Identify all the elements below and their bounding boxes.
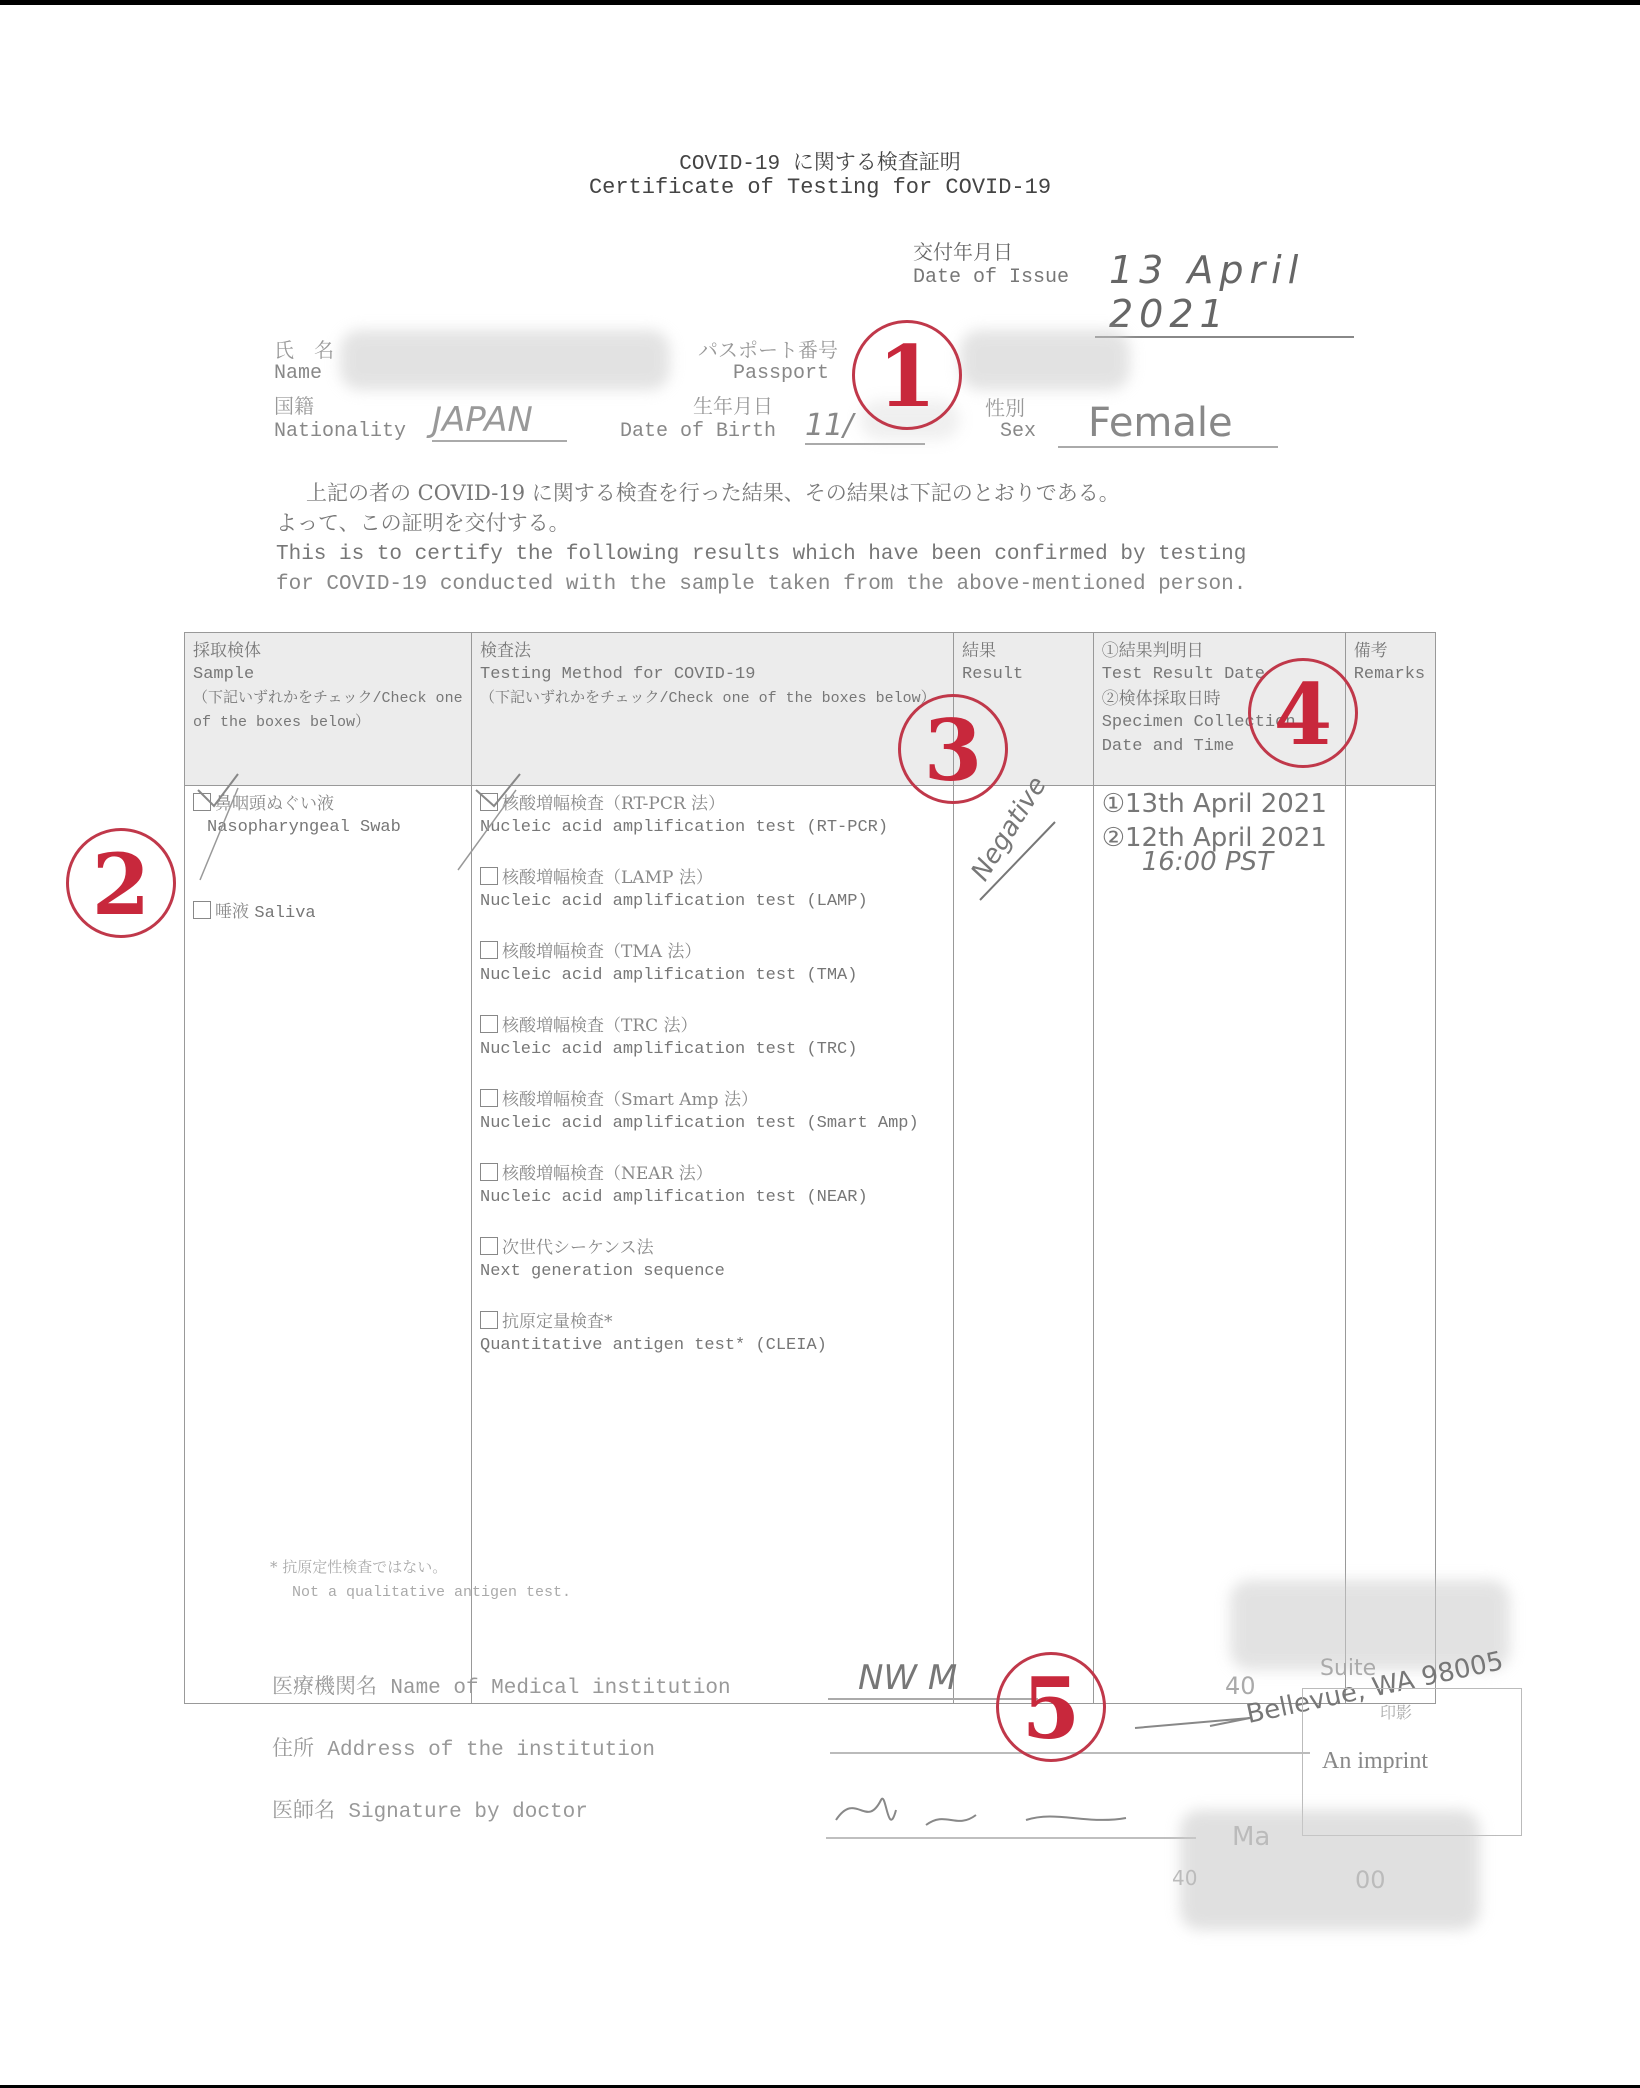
seal-imprint-text: An imprint bbox=[1322, 1748, 1428, 1775]
annotation-marker-2: 2 bbox=[66, 828, 176, 938]
header-remarks-en: Remarks bbox=[1354, 663, 1427, 687]
arrow-stroke bbox=[1130, 1706, 1270, 1736]
passport-label-en: Passport bbox=[733, 362, 829, 385]
institution-name-label: 医療機関名 Name of Medical institution bbox=[272, 1670, 731, 1700]
doctor-signature bbox=[826, 1780, 1206, 1850]
checkmark-strokes bbox=[180, 770, 800, 890]
method-jp: 抗原定量検査* bbox=[502, 1312, 613, 1332]
annotation-marker-1: 1 bbox=[852, 320, 962, 430]
nationality-label-en: Nationality bbox=[274, 420, 406, 443]
header-remarks: 備考 Remarks bbox=[1345, 633, 1435, 786]
header-method-note: （下記いずれかをチェック/Check one of the boxes belo… bbox=[480, 687, 945, 711]
footnote-jp: * 抗原定性検査ではない。 bbox=[270, 1556, 447, 1577]
institution-address-label-jp: 住所 bbox=[272, 1736, 314, 1760]
method-jp: 核酸増幅検査（TRC 法） bbox=[502, 1016, 698, 1036]
name-label-jp: 氏 名 bbox=[274, 334, 334, 363]
method-en: Nucleic acid amplification test (LAMP) bbox=[480, 890, 945, 914]
footnote-en: Not a qualitative antigen test. bbox=[292, 1584, 571, 1601]
method-option-tma[interactable]: 核酸増幅検査（TMA 法）Nucleic acid amplification … bbox=[480, 940, 945, 988]
method-jp: 核酸増幅検査（TMA 法） bbox=[502, 942, 701, 962]
institution-name-label-en: Name of Medical institution bbox=[390, 1677, 730, 1700]
stamp-fragment-1: 40 bbox=[1225, 1672, 1256, 1700]
annotation-marker-4: 4 bbox=[1248, 658, 1358, 768]
method-en: Quantitative antigen test* (CLEIA) bbox=[480, 1334, 945, 1358]
sex-label-en: Sex bbox=[1000, 420, 1036, 443]
method-cell: 核酸増幅検査（RT-PCR 法）Nucleic acid amplificati… bbox=[472, 786, 954, 1704]
method-en: Nucleic acid amplification test (Smart A… bbox=[480, 1112, 945, 1136]
doctor-signature-label-en: Signature by doctor bbox=[348, 1801, 587, 1824]
statement-jp-line2: よって、この証明を交付する。 bbox=[276, 508, 1356, 538]
title-english: Certificate of Testing for COVID-19 bbox=[0, 175, 1640, 200]
header-result-en: Result bbox=[962, 663, 1085, 687]
method-jp: 核酸増幅検査（Smart Amp 法） bbox=[502, 1090, 758, 1110]
sample-saliva-jp: 唾液 bbox=[215, 902, 249, 922]
sample-option-saliva[interactable]: 唾液 Saliva bbox=[193, 900, 463, 926]
dob-label-en: Date of Birth bbox=[620, 420, 776, 443]
result-cell: Negative bbox=[954, 786, 1094, 1704]
issue-date-value: 13 April 2021 bbox=[1095, 248, 1354, 338]
method-option-near[interactable]: 核酸増幅検査（NEAR 法）Nucleic acid amplification… bbox=[480, 1162, 945, 1210]
sample-saliva-en: Saliva bbox=[254, 904, 315, 923]
result-strikethrough bbox=[970, 810, 1070, 910]
dob-label-jp: 生年月日 bbox=[693, 390, 773, 419]
passport-redaction bbox=[960, 330, 1130, 390]
institution-address-label: 住所 Address of the institution bbox=[272, 1732, 655, 1762]
method-option-ngs[interactable]: 次世代シーケンス法Next generation sequence bbox=[480, 1236, 945, 1284]
nationality-label-jp: 国籍 bbox=[274, 390, 314, 419]
checkbox-empty-icon[interactable] bbox=[480, 1311, 498, 1329]
result-date-value: ①13th April 2021 bbox=[1102, 792, 1337, 816]
sex-label-jp: 性別 bbox=[985, 392, 1025, 421]
nationality-value: JAPAN bbox=[432, 400, 567, 442]
method-en: Nucleic acid amplification test (NEAR) bbox=[480, 1186, 945, 1210]
statement-en-line2: for COVID-19 conducted with the sample t… bbox=[276, 570, 1356, 600]
doctor-signature-label-jp: 医師名 bbox=[272, 1798, 335, 1822]
checkbox-empty-icon[interactable] bbox=[480, 1237, 498, 1255]
method-en: Next generation sequence bbox=[480, 1260, 945, 1284]
statement-en-line1: This is to certify the following results… bbox=[276, 540, 1356, 570]
method-option-trc[interactable]: 核酸増幅検査（TRC 法）Nucleic acid amplification … bbox=[480, 1014, 945, 1062]
checkbox-empty-icon[interactable] bbox=[480, 1089, 498, 1107]
stamp-fragment-3: Ma bbox=[1232, 1822, 1270, 1852]
method-option-smartamp[interactable]: 核酸増幅検査（Smart Amp 法）Nucleic acid amplific… bbox=[480, 1088, 945, 1136]
stamp-redaction-bottom bbox=[1180, 1810, 1480, 1930]
method-option-antigen[interactable]: 抗原定量検査*Quantitative antigen test* (CLEIA… bbox=[480, 1310, 945, 1358]
checkbox-empty-icon[interactable] bbox=[480, 1163, 498, 1181]
annotation-marker-5: 5 bbox=[996, 1652, 1106, 1762]
doctor-signature-label: 医師名 Signature by doctor bbox=[272, 1794, 588, 1824]
header-result-jp: 結果 bbox=[962, 639, 1085, 663]
dates-cell: ①13th April 2021 ②12th April 2021 16:00 … bbox=[1093, 786, 1345, 1704]
issue-date-label-jp: 交付年月日 bbox=[913, 236, 1013, 265]
seal-label: 印影 bbox=[1380, 1700, 1412, 1723]
annotation-marker-3: 3 bbox=[898, 694, 1008, 804]
name-label-en: Name bbox=[274, 362, 322, 385]
checkbox-empty-icon[interactable] bbox=[480, 941, 498, 959]
header-sample: 採取検体 Sample （下記いずれかをチェック/Check one of th… bbox=[185, 633, 472, 786]
stamp-fragment-4: 40 bbox=[1172, 1866, 1197, 1890]
statement-jp-line1-text: 上記の者の COVID-19 に関する検査を行った結果、その結果は下記のとおりで… bbox=[276, 481, 1120, 505]
statement-jp-line1: 上記の者の COVID-19 に関する検査を行った結果、その結果は下記のとおりで… bbox=[276, 478, 1356, 508]
method-jp: 核酸増幅検査（NEAR 法） bbox=[502, 1164, 713, 1184]
checkbox-empty-icon[interactable] bbox=[480, 1015, 498, 1033]
header-sample-jp: 採取検体 bbox=[193, 639, 463, 663]
header-remarks-jp: 備考 bbox=[1354, 639, 1427, 663]
header-method-en: Testing Method for COVID-19 bbox=[480, 663, 945, 687]
remarks-cell bbox=[1345, 786, 1435, 1704]
method-en: Nucleic acid amplification test (TRC) bbox=[480, 1038, 945, 1062]
passport-label-jp: パスポート番号 bbox=[698, 334, 838, 363]
header-sample-en: Sample bbox=[193, 663, 463, 687]
sex-value: Female bbox=[1058, 400, 1278, 448]
name-redaction bbox=[340, 330, 670, 390]
top-black-bar bbox=[0, 0, 1640, 5]
collection-time-value: 16:00 PST bbox=[1102, 850, 1337, 874]
header-sample-note: （下記いずれかをチェック/Check one of the boxes belo… bbox=[193, 687, 463, 735]
institution-name-label-jp: 医療機関名 bbox=[272, 1674, 377, 1698]
issue-date-label-en: Date of Issue bbox=[913, 266, 1069, 289]
header-method-jp: 検査法 bbox=[480, 639, 945, 663]
checkbox-empty-icon[interactable] bbox=[193, 901, 211, 919]
method-jp: 次世代シーケンス法 bbox=[502, 1238, 654, 1258]
title-japanese: COVID-19 に関する検査証明 bbox=[0, 146, 1640, 176]
method-en: Nucleic acid amplification test (TMA) bbox=[480, 964, 945, 988]
institution-address-label-en: Address of the institution bbox=[327, 1739, 655, 1762]
header-method: 検査法 Testing Method for COVID-19 （下記いずれかを… bbox=[472, 633, 954, 786]
stamp-fragment-5: 00 bbox=[1355, 1866, 1386, 1894]
